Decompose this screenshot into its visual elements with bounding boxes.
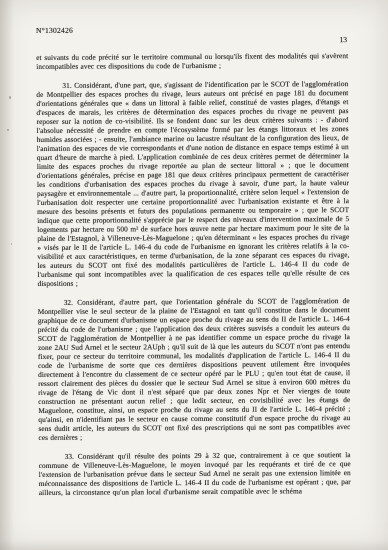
scan-edge-shadow-bottom: [0, 540, 388, 550]
paragraph-33: 33. Considérant qu'il résulte des points…: [39, 450, 351, 497]
scan-edge-shadow: [0, 0, 14, 550]
body-text: et suivants du code précité sur le terri…: [36, 51, 351, 497]
scan-speck: [9, 96, 11, 99]
scan-speck: [7, 129, 9, 131]
scan-speck: [11, 243, 12, 245]
scanned-page: N°1302426 13 et suivants du code précité…: [0, 0, 388, 550]
page-number: 13: [36, 35, 348, 46]
paragraph-32: 32. Considérant, d'autre part, que l'ori…: [38, 296, 351, 442]
page-content: N°1302426 13 et suivants du code précité…: [36, 24, 351, 497]
paragraph-continuation: et suivants du code précité sur le terri…: [36, 51, 348, 71]
paragraph-31: 31. Considérant, d'une part, que, s'agis…: [36, 79, 349, 288]
case-number: N°1302426: [36, 24, 348, 35]
